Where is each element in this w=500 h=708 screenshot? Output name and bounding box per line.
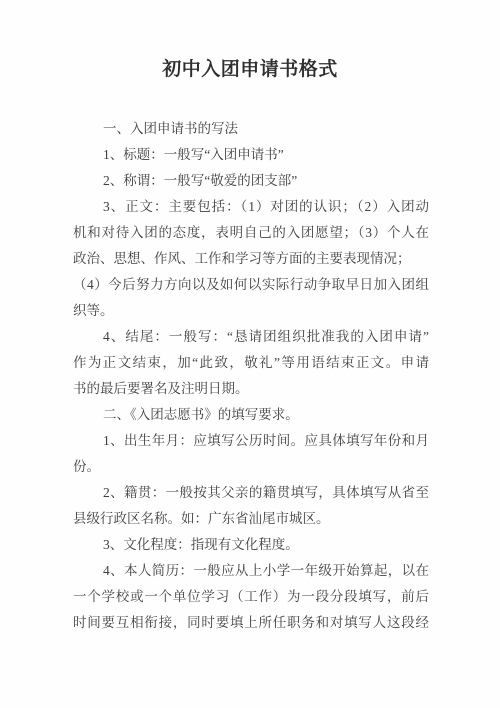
- text-line: 机和对待入团的态度，表明自己的入团愿望；（3）个人在: [73, 220, 429, 246]
- text-line: 一、入团申请书的写法: [73, 116, 429, 142]
- text-line: 3、文化程度：指现有文化程度。: [73, 532, 429, 558]
- text-line: 4、本人简历：一般应从上小学一年级开始算起，以在: [73, 558, 429, 584]
- text-line: 3、正文：主要包括：（1）对团的认识；（2）入团动: [73, 194, 429, 220]
- text-line: 2、称谓：一般写“敬爱的团支部”: [73, 168, 429, 194]
- text-line: 2、籍贯：一般按其父亲的籍贯填写，具体填写从省至: [73, 480, 429, 506]
- document-page: 初中入团申请书格式 一、入团申请书的写法 1、标题：一般写“入团申请书” 2、称…: [0, 0, 500, 708]
- text-line: 时间要互相衔接，同时要填上所任职务和对填写人这段经: [73, 610, 429, 636]
- text-line: 县级行政区名称。如：广东省汕尾市城区。: [73, 506, 429, 532]
- text-line: 二、《入团志愿书》的填写要求。: [73, 402, 429, 428]
- document-title: 初中入团申请书格式: [0, 54, 500, 81]
- text-line: 作为正文结束，加“此致，敬礼”等用语结束正文。申请: [73, 350, 429, 376]
- document-body: 一、入团申请书的写法 1、标题：一般写“入团申请书” 2、称谓：一般写“敬爱的团…: [73, 116, 429, 636]
- text-line: （4）今后努力方向以及如何以实际行动争取早日加入团组: [73, 272, 429, 298]
- text-line: 书的最后要署名及注明日期。: [73, 376, 429, 402]
- text-line: 份。: [73, 454, 429, 480]
- text-line: 一个学校或一个单位学习（工作）为一段分段填写，前后: [73, 584, 429, 610]
- text-line: 1、标题：一般写“入团申请书”: [73, 142, 429, 168]
- text-line: 4、结尾：一般写：“恳请团组织批准我的入团申请”: [73, 324, 429, 350]
- text-line: 1、出生年月：应填写公历时间。应具体填写年份和月: [73, 428, 429, 454]
- text-line: 织等。: [73, 298, 429, 324]
- text-line: 政治、思想、作风、工作和学习等方面的主要表现情况；: [73, 246, 429, 272]
